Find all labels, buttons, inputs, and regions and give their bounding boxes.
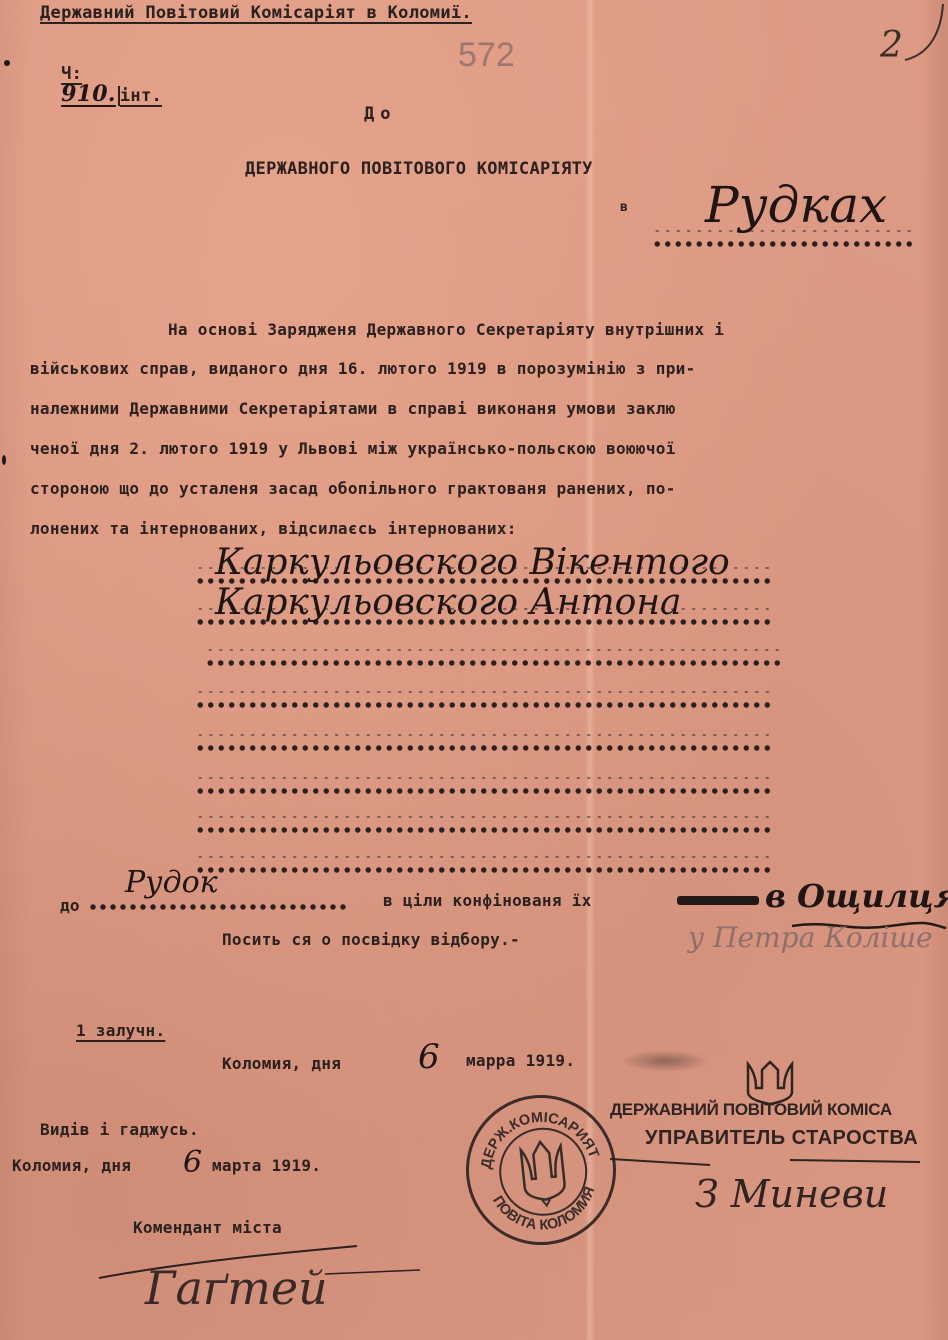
body-line: На основі Зарядженя Державного Секретарі… [168, 322, 724, 338]
margin-mark [4, 60, 10, 66]
approval-date-suffix: марта 1919. [212, 1158, 321, 1174]
destination-place: Рудок [125, 868, 218, 898]
blank-line [195, 733, 770, 755]
official-signature: З Миневи [695, 1175, 888, 1213]
ref-number: 910. [61, 81, 116, 107]
blank-line [195, 776, 770, 798]
approval-title: Комендант міста [133, 1220, 282, 1236]
issuer-header: Державний Повітовий Комісаріят в Коломиї… [40, 5, 472, 22]
stamp-line-1: ДЕРЖАВНИЙ ПОВІТОВИЙ КОМІСА [610, 1100, 892, 1120]
blank-line [205, 648, 780, 670]
commandant-signature: Гаґтей [145, 1265, 328, 1311]
stamp-line-2: УПРАВИТЕЛЬ СТАРОСТВА [645, 1127, 918, 1150]
enclosure: 1 залучн. [76, 1023, 165, 1039]
internee-name: Каркульовского Вікентого [215, 545, 730, 581]
blank-line [195, 855, 770, 877]
address-in: в [620, 201, 628, 214]
body-line: військових справ, виданого дня 16. лютог… [30, 361, 696, 377]
body-line: ченої дня 2. лютого 1919 у Львові між ук… [30, 441, 676, 457]
approval-seen: Видів і гаджусь. [40, 1122, 199, 1138]
date-day: 6 [418, 1040, 440, 1074]
blank-line [195, 815, 770, 837]
page-number-flourish [905, 2, 945, 62]
round-stamp: ДЕРЖ.КОМІСАРИЯТ ПОВІТА КОЛОМИЯ [459, 1088, 624, 1253]
address-place: Рудках [705, 180, 887, 230]
stamp-inner-ring [495, 1123, 592, 1220]
address-to: До [364, 106, 396, 123]
trident-icon [497, 1126, 589, 1218]
body-line: стороною що до усталеня засад обопільног… [30, 481, 676, 497]
date-place: Коломия, дня [222, 1056, 341, 1072]
smudge [620, 1050, 710, 1072]
body-line: лонених та інтернованих, відсилаєсь інте… [30, 521, 517, 537]
approval-day: 6 [183, 1148, 202, 1178]
destination-purpose: в ціли конфінованя їх [383, 893, 592, 909]
reference-line: Ч: 910.інт. [40, 49, 162, 105]
approval-date-prefix: Коломия, дня [12, 1158, 131, 1174]
destination-prefix: до [60, 898, 80, 914]
blank-line [195, 690, 770, 712]
stamp-signature-line [610, 1155, 925, 1169]
address-recipient: ДЕРЖАВНОГО ПОВІТОВОГО КОМІСАРІЯТУ [245, 161, 593, 178]
destination-location: в Ощилцях [765, 880, 948, 912]
date-month-year: марра 1919. [466, 1053, 575, 1069]
ref-suffix: інт. [120, 86, 162, 106]
archive-number: 572 [458, 38, 515, 72]
margin-mark [2, 455, 6, 465]
internee-name: Каркульовского Антона [215, 585, 682, 621]
page-number: 2 [880, 28, 903, 64]
request-line: Посить ся о посвідку відбору.- [222, 932, 520, 948]
pencil-note: у Петра Коліше [688, 924, 933, 952]
body-line: належними Державними Секретаріятами в сп… [30, 401, 676, 417]
strikeout [677, 896, 759, 905]
